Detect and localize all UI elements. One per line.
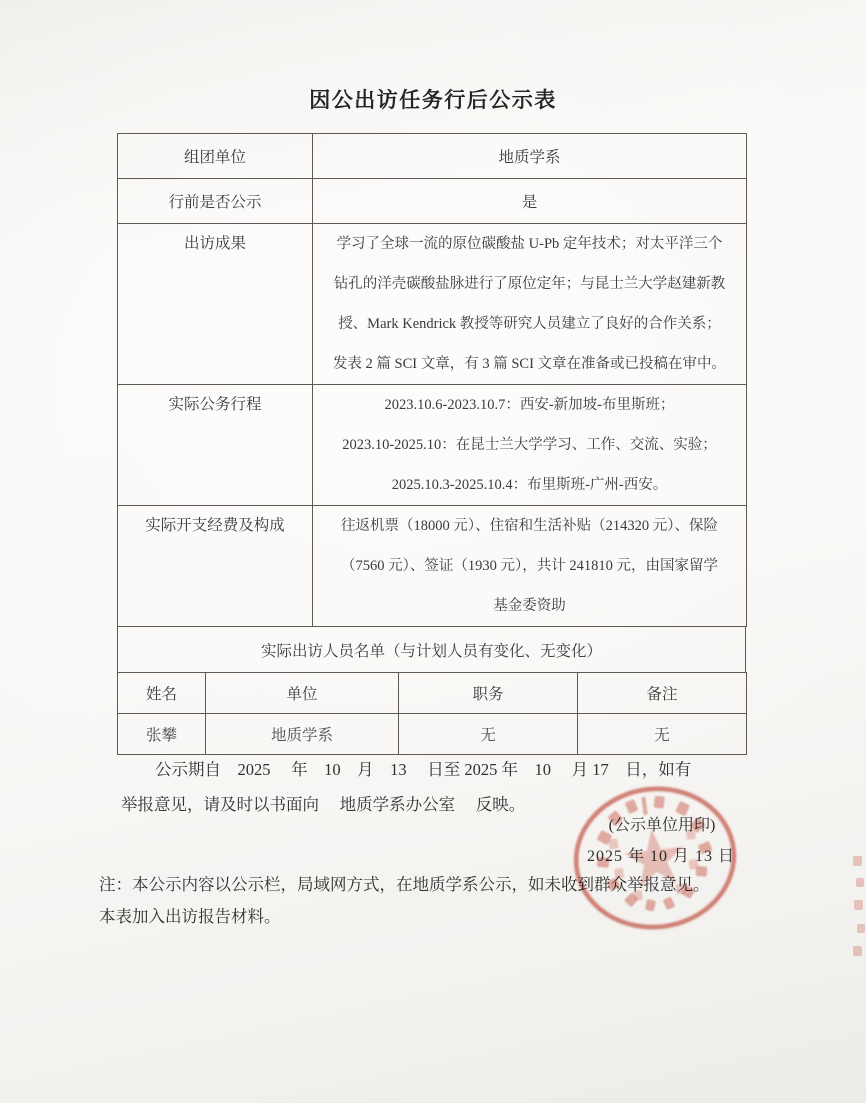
form-main-table: 组团单位 地质学系 行前是否公示 是 出访成果 学习了全球一流的原位碳酸盐 U-… bbox=[117, 133, 747, 627]
footnote: 注：本公示内容以公示栏，局域网方式，在地质学系公示，如未收到群众举报意见。 本表… bbox=[99, 869, 799, 933]
row-value-group-unit: 地质学系 bbox=[313, 134, 747, 179]
roster-cell-unit: 地质学系 bbox=[206, 714, 399, 755]
table-row: 实际公务行程 2023.10.6-2023.10.7：西安-新加坡-布里斯班； … bbox=[118, 385, 747, 506]
achievements-line: 钻孔的洋壳碳酸盐脉进行了原位定年；与昆士兰大学赵建新教 bbox=[321, 264, 738, 304]
achievements-line: 发表 2 篇 SCI 文章，有 3 篇 SCI 文章在准备或已投稿在审中。 bbox=[321, 344, 738, 384]
form-table: 组团单位 地质学系 行前是否公示 是 出访成果 学习了全球一流的原位碳酸盐 U-… bbox=[117, 133, 747, 755]
row-label-itinerary: 实际公务行程 bbox=[118, 385, 313, 506]
itinerary-line: 2023.10.6-2023.10.7：西安-新加坡-布里斯班； bbox=[321, 385, 738, 425]
table-row: 组团单位 地质学系 bbox=[118, 134, 747, 179]
row-value-expenses: 往返机票（18000 元）、住宿和生活补贴（214320 元）、保险 （7560… bbox=[313, 506, 747, 627]
seal-date: 2025 年 10 月 13 日 bbox=[548, 843, 774, 866]
roster-data-row: 张攀 地质学系 无 无 bbox=[118, 714, 747, 755]
roster-col-position: 职务 bbox=[399, 673, 578, 714]
roster-cell-position: 无 bbox=[399, 714, 578, 755]
row-label-group-unit: 组团单位 bbox=[118, 134, 313, 179]
row-label-achievements: 出访成果 bbox=[118, 224, 313, 385]
row-label-pretrip-publicized: 行前是否公示 bbox=[118, 179, 313, 224]
roster-cell-name: 张攀 bbox=[118, 714, 206, 755]
seal-caption: (公示单位用印) bbox=[556, 812, 768, 835]
roster-col-unit: 单位 bbox=[206, 673, 399, 714]
expenses-line: 基金委资助 bbox=[321, 586, 738, 626]
achievements-line: 学习了全球一流的原位碳酸盐 U-Pb 定年技术；对太平洋三个 bbox=[321, 224, 738, 264]
table-row: 出访成果 学习了全球一流的原位碳酸盐 U-Pb 定年技术；对太平洋三个 钻孔的洋… bbox=[118, 224, 747, 385]
expenses-line: 往返机票（18000 元）、住宿和生活补贴（214320 元）、保险 bbox=[321, 506, 738, 546]
itinerary-line: 2023.10-2025.10：在昆士兰大学学习、工作、交流、实验； bbox=[321, 425, 738, 465]
roster-section-title: 实际出访人员名单（与计划人员有变化、无变化） bbox=[118, 627, 746, 673]
footnote-line: 注：本公示内容以公示栏，局域网方式，在地质学系公示，如未收到群众举报意见。 bbox=[99, 869, 799, 901]
expenses-line: （7560 元）、签证（1930 元），共计 241810 元，由国家留学 bbox=[321, 546, 738, 586]
notice-line: 公示期自 2025 年 10 月 13 日至 2025 年 10 月 17 日，… bbox=[121, 752, 769, 787]
seal-edge-smudge bbox=[843, 852, 866, 962]
roster-table: 姓名 单位 职务 备注 张攀 地质学系 无 无 bbox=[117, 672, 747, 755]
roster-cell-remarks: 无 bbox=[578, 714, 747, 755]
row-value-itinerary: 2023.10.6-2023.10.7：西安-新加坡-布里斯班； 2023.10… bbox=[313, 385, 747, 506]
table-row: 实际开支经费及构成 往返机票（18000 元）、住宿和生活补贴（214320 元… bbox=[118, 506, 747, 627]
page-title: 因公出访任务行后公示表 bbox=[0, 84, 866, 114]
achievements-line: 授、Mark Kendrick 教授等研究人员建立了良好的合作关系； bbox=[321, 304, 738, 344]
footnote-line: 本表加入出访报告材料。 bbox=[99, 901, 799, 933]
scanned-document-page: 因公出访任务行后公示表 组团单位 地质学系 行前是否公示 是 出访成果 学习了全… bbox=[0, 0, 866, 1103]
row-value-achievements: 学习了全球一流的原位碳酸盐 U-Pb 定年技术；对太平洋三个 钻孔的洋壳碳酸盐脉… bbox=[313, 224, 747, 385]
row-label-expenses: 实际开支经费及构成 bbox=[118, 506, 313, 627]
row-value-pretrip-publicized: 是 bbox=[313, 179, 747, 224]
table-row: 实际出访人员名单（与计划人员有变化、无变化） bbox=[118, 627, 746, 673]
roster-header-row: 姓名 单位 职务 备注 bbox=[118, 673, 747, 714]
roster-col-remarks: 备注 bbox=[578, 673, 747, 714]
roster-title-table: 实际出访人员名单（与计划人员有变化、无变化） bbox=[117, 626, 746, 673]
itinerary-line: 2025.10.3-2025.10.4：布里斯班-广州-西安。 bbox=[321, 465, 738, 505]
roster-col-name: 姓名 bbox=[118, 673, 206, 714]
table-row: 行前是否公示 是 bbox=[118, 179, 747, 224]
